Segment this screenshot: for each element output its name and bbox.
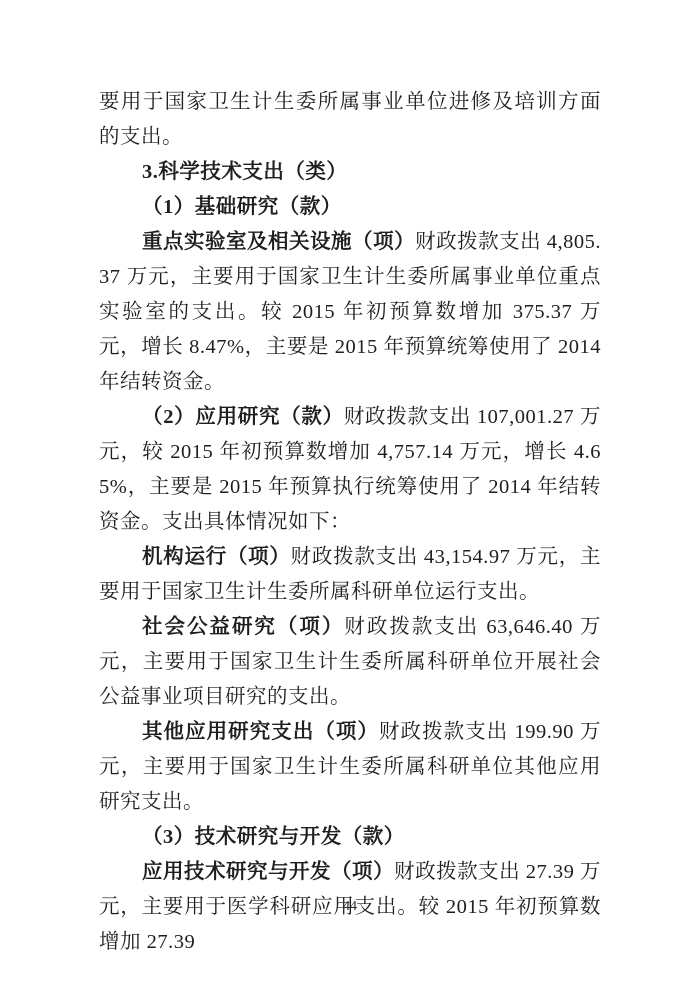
heading-run: 应用技术研究与开发（项） bbox=[142, 861, 394, 883]
paragraph: （1）基础研究（款） bbox=[99, 190, 601, 225]
paragraph: 机构运行（项）财政拨款支出 43,154.97 万元，主要用于国家卫生计生委所属… bbox=[99, 540, 601, 610]
paragraph: 社会公益研究（项）财政拨款支出 63,646.40 万元，主要用于国家卫生计生委… bbox=[99, 610, 601, 715]
heading-run: 社会公益研究（项） bbox=[142, 616, 344, 638]
heading-run: （2）应用研究（款） bbox=[142, 406, 344, 428]
text-run: 要用于国家卫生计生委所属事业单位进修及培训方面的支出。 bbox=[99, 91, 601, 148]
paragraph: （3）技术研究与开发（款） bbox=[99, 820, 601, 855]
heading-run: 其他应用研究支出（项） bbox=[142, 721, 379, 743]
document-body: 要用于国家卫生计生委所属事业单位进修及培训方面的支出。3.科学技术支出（类）（1… bbox=[99, 85, 601, 960]
paragraph: 3.科学技术支出（类） bbox=[99, 155, 601, 190]
paragraph: 重点实验室及相关设施（项）财政拨款支出 4,805.37 万元，主要用于国家卫生… bbox=[99, 225, 601, 400]
heading-run: 重点实验室及相关设施（项） bbox=[142, 231, 415, 253]
paragraph: 其他应用研究支出（项）财政拨款支出 199.90 万元，主要用于国家卫生计生委所… bbox=[99, 715, 601, 820]
heading-run: 机构运行（项） bbox=[142, 546, 291, 568]
paragraph: 要用于国家卫生计生委所属事业单位进修及培训方面的支出。 bbox=[99, 85, 601, 155]
heading-run: （1）基础研究（款） bbox=[142, 196, 342, 218]
text-run: 财政拨款支出 4,805.37 万元，主要用于国家卫生计生委所属事业单位重点实验… bbox=[99, 231, 601, 393]
page-number: 44 bbox=[0, 898, 700, 916]
paragraph: （2）应用研究（款）财政拨款支出 107,001.27 万元，较 2015 年初… bbox=[99, 400, 601, 540]
heading-run: （3）技术研究与开发（款） bbox=[142, 826, 405, 848]
document-page: 要用于国家卫生计生委所属事业单位进修及培训方面的支出。3.科学技术支出（类）（1… bbox=[0, 0, 700, 989]
heading-run: 3.科学技术支出（类） bbox=[142, 161, 347, 183]
